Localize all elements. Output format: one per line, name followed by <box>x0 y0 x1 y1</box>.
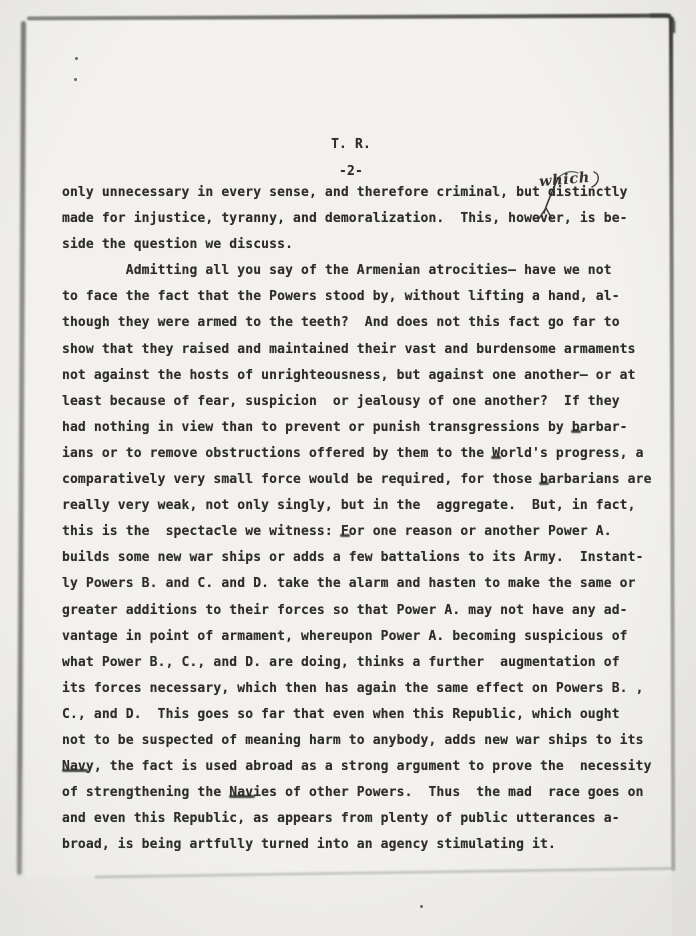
caret-insertion-mark <box>520 166 630 228</box>
typed-line: C., and D. This goes so far that even wh… <box>62 702 662 728</box>
typed-line: really very weak, not only singly, but i… <box>62 493 662 519</box>
typed-line: to face the fact that the Powers stood b… <box>62 284 662 310</box>
typed-line: comparatively very small force would be … <box>62 467 662 493</box>
overstrike-mark <box>539 482 549 485</box>
overstrike-mark <box>62 769 88 772</box>
typed-line: broad, is being artfully turned into an … <box>62 832 662 858</box>
typed-line: had nothing in view than to prevent or p… <box>62 415 662 441</box>
photo-background: T. R. -2- only unnecessary in every sens… <box>0 0 696 936</box>
typed-line: ly Powers B. and C. and D. take the alar… <box>62 571 662 597</box>
typed-line: show that they raised and maintained the… <box>62 337 662 363</box>
typed-line: and even this Republic, as appears from … <box>62 806 662 832</box>
typed-line: what Power B., C., and D. are doing, thi… <box>62 650 662 676</box>
paper-speck <box>218 527 221 530</box>
typed-line: side the question we discuss. <box>62 232 662 258</box>
typed-line: vantage in point of armament, whereupon … <box>62 624 662 650</box>
typed-text: only unnecessary in every sense, and the… <box>62 180 662 858</box>
paper-speck <box>75 57 78 60</box>
document-heading: T. R. <box>62 132 640 158</box>
overstrike-mark <box>340 534 350 537</box>
overstrike-mark <box>571 430 581 433</box>
paper-speck <box>74 78 77 81</box>
typed-line: not against the hosts of unrighteousness… <box>62 363 662 389</box>
underlying-sheet <box>25 877 672 936</box>
typed-line: of strengthening the Navies of other Pow… <box>62 780 662 806</box>
typed-line: its forces necessary, which then has aga… <box>62 676 662 702</box>
typed-line: though they were armed to the teeth? And… <box>62 310 662 336</box>
typed-line: Admitting all you say of the Armenian at… <box>62 258 662 284</box>
typed-line: this is the spectacle we witness: For on… <box>62 519 662 545</box>
typed-line: ians or to remove obstructions offered b… <box>62 441 662 467</box>
typed-line: greater additions to their forces so tha… <box>62 598 662 624</box>
typed-line: not to be suspected of meaning harm to a… <box>62 728 662 754</box>
overstrike-mark <box>491 456 501 459</box>
typed-line: least because of fear, suspicion or jeal… <box>62 389 662 415</box>
typed-line: builds some new war ships or adds a few … <box>62 545 662 571</box>
typed-line: Navy, the fact is used abroad as a stron… <box>62 754 662 780</box>
overstrike-mark <box>229 795 255 798</box>
paper-speck <box>420 905 423 908</box>
